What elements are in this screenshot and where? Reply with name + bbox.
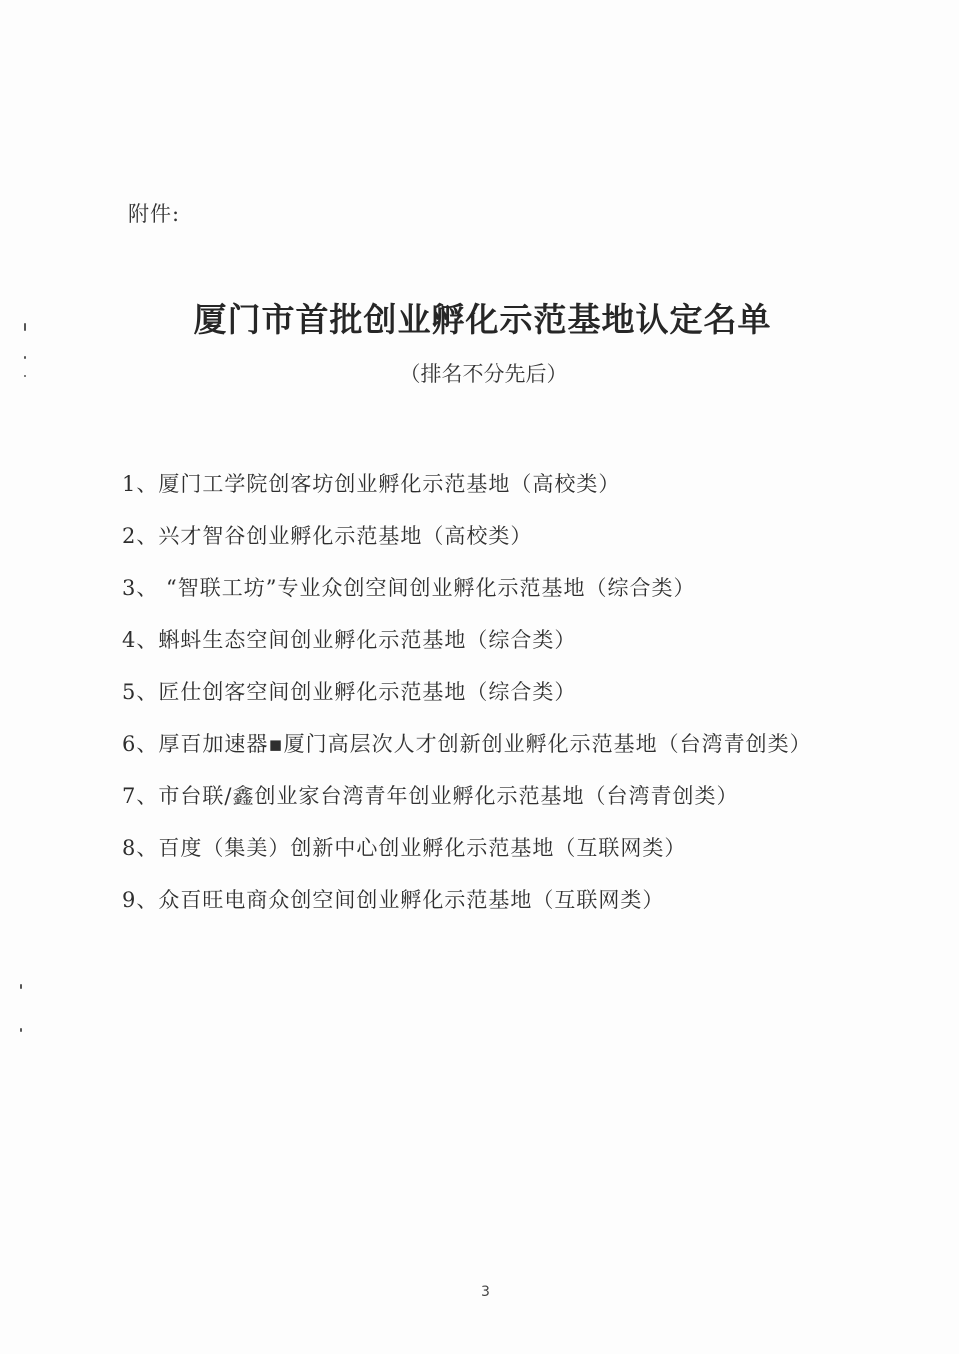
item-number: 8、 — [122, 836, 158, 860]
item-text: 市台联/鑫创业家台湾青年创业孵化示范基地（台湾青创类） — [158, 784, 738, 808]
document-page: 附件: 厦门市首批创业孵化示范基地认定名单 （排名不分先后） 1、厦门工学院创客… — [0, 0, 959, 1354]
document-subtitle: （排名不分先后） — [0, 358, 959, 388]
list-item: 1、厦门工学院创客坊创业孵化示范基地（高校类） — [122, 458, 822, 510]
item-text: 百度（集美）创新中心创业孵化示范基地（互联网类） — [158, 836, 686, 860]
item-text: 兴才智谷创业孵化示范基地（高校类） — [158, 524, 532, 548]
item-number: 2、 — [122, 524, 158, 548]
list-item: 4、蝌蚪生态空间创业孵化示范基地（综合类） — [122, 614, 822, 666]
item-number: 3、 — [122, 576, 158, 600]
item-text: 厦门工学院创客坊创业孵化示范基地（高校类） — [158, 472, 620, 496]
attachment-label: 附件: — [128, 198, 180, 228]
item-text: 厚百加速器▪厦门高层次人才创新创业孵化示范基地（台湾青创类） — [158, 732, 811, 756]
base-list: 1、厦门工学院创客坊创业孵化示范基地（高校类） 2、兴才智谷创业孵化示范基地（高… — [122, 458, 822, 926]
list-item: 9、众百旺电商众创空间创业孵化示范基地（互联网类） — [122, 874, 822, 926]
item-text: “智联工坊”专业众创空间创业孵化示范基地（综合类） — [158, 576, 695, 600]
item-text: 众百旺电商众创空间创业孵化示范基地（互联网类） — [158, 888, 664, 912]
list-item: 8、百度（集美）创新中心创业孵化示范基地（互联网类） — [122, 822, 822, 874]
list-item: 5、匠仕创客空间创业孵化示范基地（综合类） — [122, 666, 822, 718]
item-number: 5、 — [122, 680, 158, 704]
item-number: 6、 — [122, 732, 158, 756]
item-number: 9、 — [122, 888, 158, 912]
list-item: 6、厚百加速器▪厦门高层次人才创新创业孵化示范基地（台湾青创类） — [122, 718, 822, 770]
document-title: 厦门市首批创业孵化示范基地认定名单 — [0, 294, 959, 341]
item-number: 1、 — [122, 472, 158, 496]
page-number: 3 — [0, 1284, 959, 1300]
list-item: 7、市台联/鑫创业家台湾青年创业孵化示范基地（台湾青创类） — [122, 770, 822, 822]
item-text: 匠仕创客空间创业孵化示范基地（综合类） — [158, 680, 576, 704]
scan-mark — [20, 984, 22, 989]
scan-mark — [20, 1028, 22, 1032]
list-item: 3、 “智联工坊”专业众创空间创业孵化示范基地（综合类） — [122, 562, 822, 614]
item-number: 7、 — [122, 784, 158, 808]
item-text: 蝌蚪生态空间创业孵化示范基地（综合类） — [158, 628, 576, 652]
item-number: 4、 — [122, 628, 158, 652]
list-item: 2、兴才智谷创业孵化示范基地（高校类） — [122, 510, 822, 562]
